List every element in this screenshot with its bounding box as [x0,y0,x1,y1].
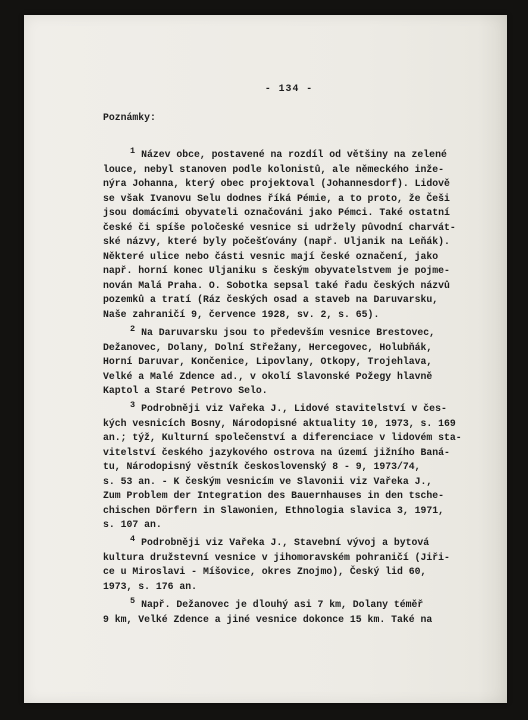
footnote-3: 3Podrobněji viz Vařeka J., Lidové stavit… [103,401,475,533]
footnote-5: 5Např. Dežanovec je dlouhý asi 7 km, Dol… [103,597,475,627]
footnote-2-marker: 2 [130,325,135,333]
footnote-1: 1Název obce, postavené na rozdíl od větš… [103,147,475,322]
footnote-4: 4Podrobněji viz Vařeka J., Stavební vývo… [103,535,475,594]
document-page: - 134 - Poznámky: 1Název obce, postavené… [24,15,507,703]
footnote-3-marker: 3 [130,401,135,409]
footnote-1-text: Název obce, postavené na rozdíl od větši… [103,149,456,320]
footnote-1-marker: 1 [130,147,135,155]
footnote-2-text: Na Daruvarsku jsou to především vesnice … [103,327,435,396]
footnote-2: 2Na Daruvarsku jsou to především vesnice… [103,325,475,399]
notes-heading: Poznámky: [103,111,475,126]
footnote-5-marker: 5 [130,597,135,605]
page-number: - 134 - [103,82,475,97]
footnote-5-text: Např. Dežanovec je dlouhý asi 7 km, Dola… [103,599,432,625]
footnote-4-text: Podrobněji viz Vařeka J., Stavební vývoj… [103,537,450,592]
scanned-page-background: - 134 - Poznámky: 1Název obce, postavené… [0,0,528,720]
footnote-3-text: Podrobněji viz Vařeka J., Lidové stavite… [103,403,462,530]
footnote-4-marker: 4 [130,535,135,543]
